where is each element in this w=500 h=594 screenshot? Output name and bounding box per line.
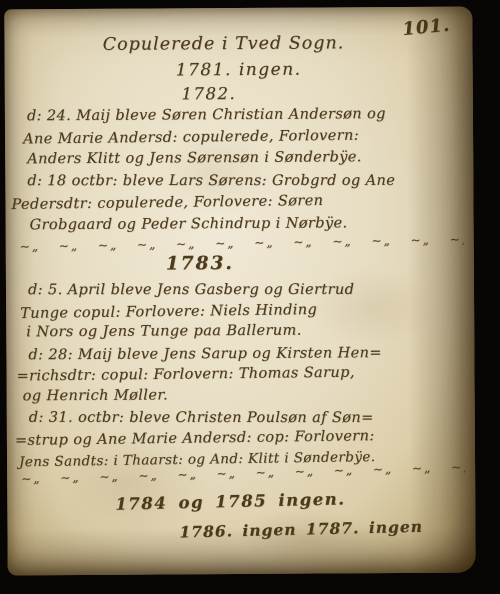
year-1782-line: 1782. (5, 83, 413, 104)
entries-1783: d: 5. April bleve Jens Gasberg og Giertr… (28, 279, 463, 471)
manuscript-line: Ane Marie Andersd: copulerede, Forlovern… (23, 124, 461, 151)
years-1786-1787-line: 1786. ingen 1787. ingen (179, 517, 423, 542)
manuscript-line: Anders Klitt og Jens Sørensøn i Sønderbÿ… (27, 147, 461, 171)
years-1784-1785-line: 1784 og 1785 ingen. (115, 489, 346, 513)
register-title: Copulerede i Tved Sogn. (4, 33, 442, 56)
photo-black-border: 101. Copulerede i Tved Sogn. 1781. ingen… (0, 0, 500, 594)
manuscript-line: d: 5. April bleve Jens Gasberg og Giertr… (28, 280, 462, 301)
year-1783-heading: 1783. (6, 252, 394, 275)
year-1781-line: 1781. ingen. (5, 59, 473, 82)
manuscript-line: og Henrich Møller. (23, 384, 463, 407)
entries-1782: d: 24. Maij bleve Søren Christian Anders… (27, 104, 462, 237)
manuscript-page: 101. Copulerede i Tved Sogn. 1781. ingen… (4, 7, 475, 576)
